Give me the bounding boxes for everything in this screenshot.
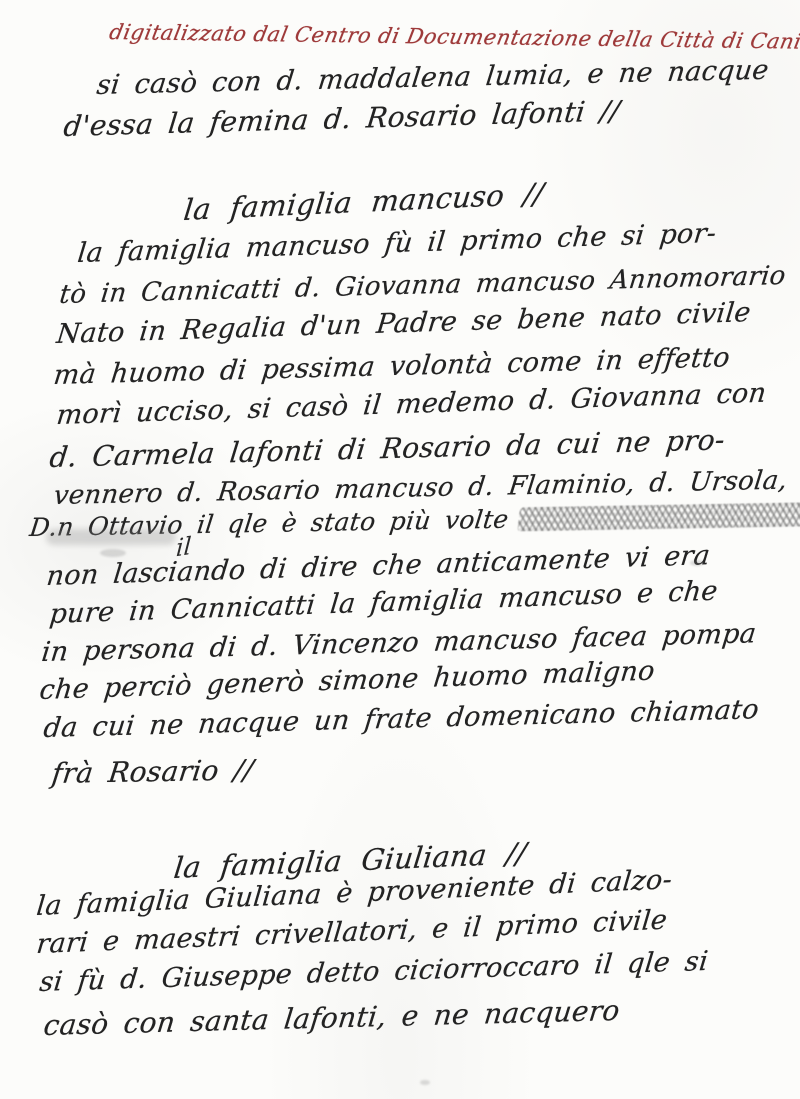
paper-speck bbox=[100, 549, 126, 557]
manuscript-line: d. Carmela lafonti di Rosario da cui ne … bbox=[48, 423, 727, 474]
paper-speck bbox=[420, 1080, 430, 1085]
manuscript-line: frà Rosario // bbox=[50, 753, 256, 790]
paper-speck bbox=[690, 560, 704, 566]
ink-smudge bbox=[46, 529, 176, 545]
manuscript-line: d'essa la femina d. Rosario lafonti // bbox=[62, 94, 622, 143]
section-heading-mancuso: la famiglia mancuso // bbox=[182, 176, 546, 227]
manuscript-line: casò con santa lafonti, e ne nacquero bbox=[42, 994, 622, 1042]
watermark-text: digitalizzato dal Centro di Documentazio… bbox=[107, 20, 762, 53]
manuscript-page: digitalizzato dal Centro di Documentazio… bbox=[0, 0, 800, 1099]
manuscript-line: la famiglia mancuso fù il primo che si p… bbox=[76, 218, 718, 269]
manuscript-line: si casò con d. maddalena lumia, e ne nac… bbox=[95, 55, 771, 101]
redaction-scribble bbox=[517, 501, 800, 531]
